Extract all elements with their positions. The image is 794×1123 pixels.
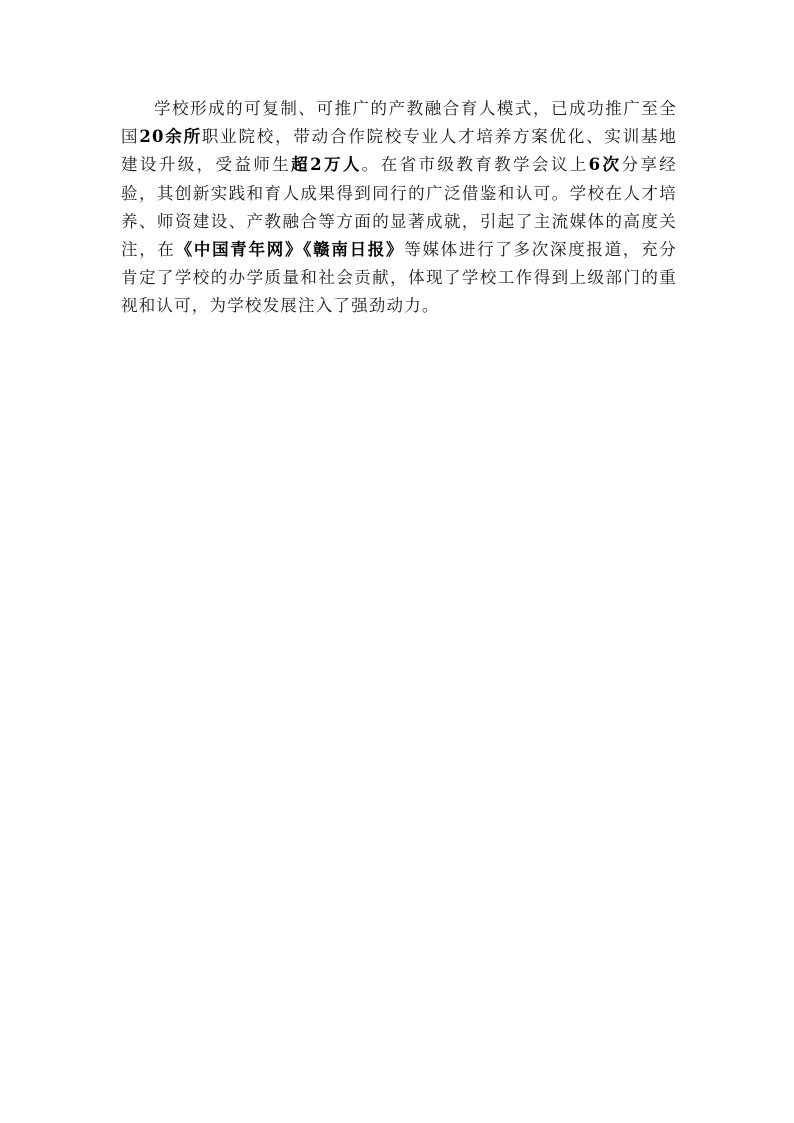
text-segment: 。在省市级教育教学会议上 (362, 155, 589, 174)
document-page: 学校形成的可复制、可推广的产教融合育人模式，已成功推广至全国20余所职业院校，带… (0, 0, 794, 1123)
highlight-beneficiaries: 超2万人 (291, 155, 362, 174)
document-body: 学校形成的可复制、可推广的产教融合育人模式，已成功推广至全国20余所职业院校，带… (121, 95, 677, 321)
highlight-share-count: 6次 (589, 155, 622, 174)
highlight-media-names: 《中国青年网》《赣南日报》 (176, 240, 405, 259)
paragraph: 学校形成的可复制、可推广的产教融合育人模式，已成功推广至全国20余所职业院校，带… (121, 95, 677, 321)
highlight-school-count: 20余所 (139, 127, 202, 146)
